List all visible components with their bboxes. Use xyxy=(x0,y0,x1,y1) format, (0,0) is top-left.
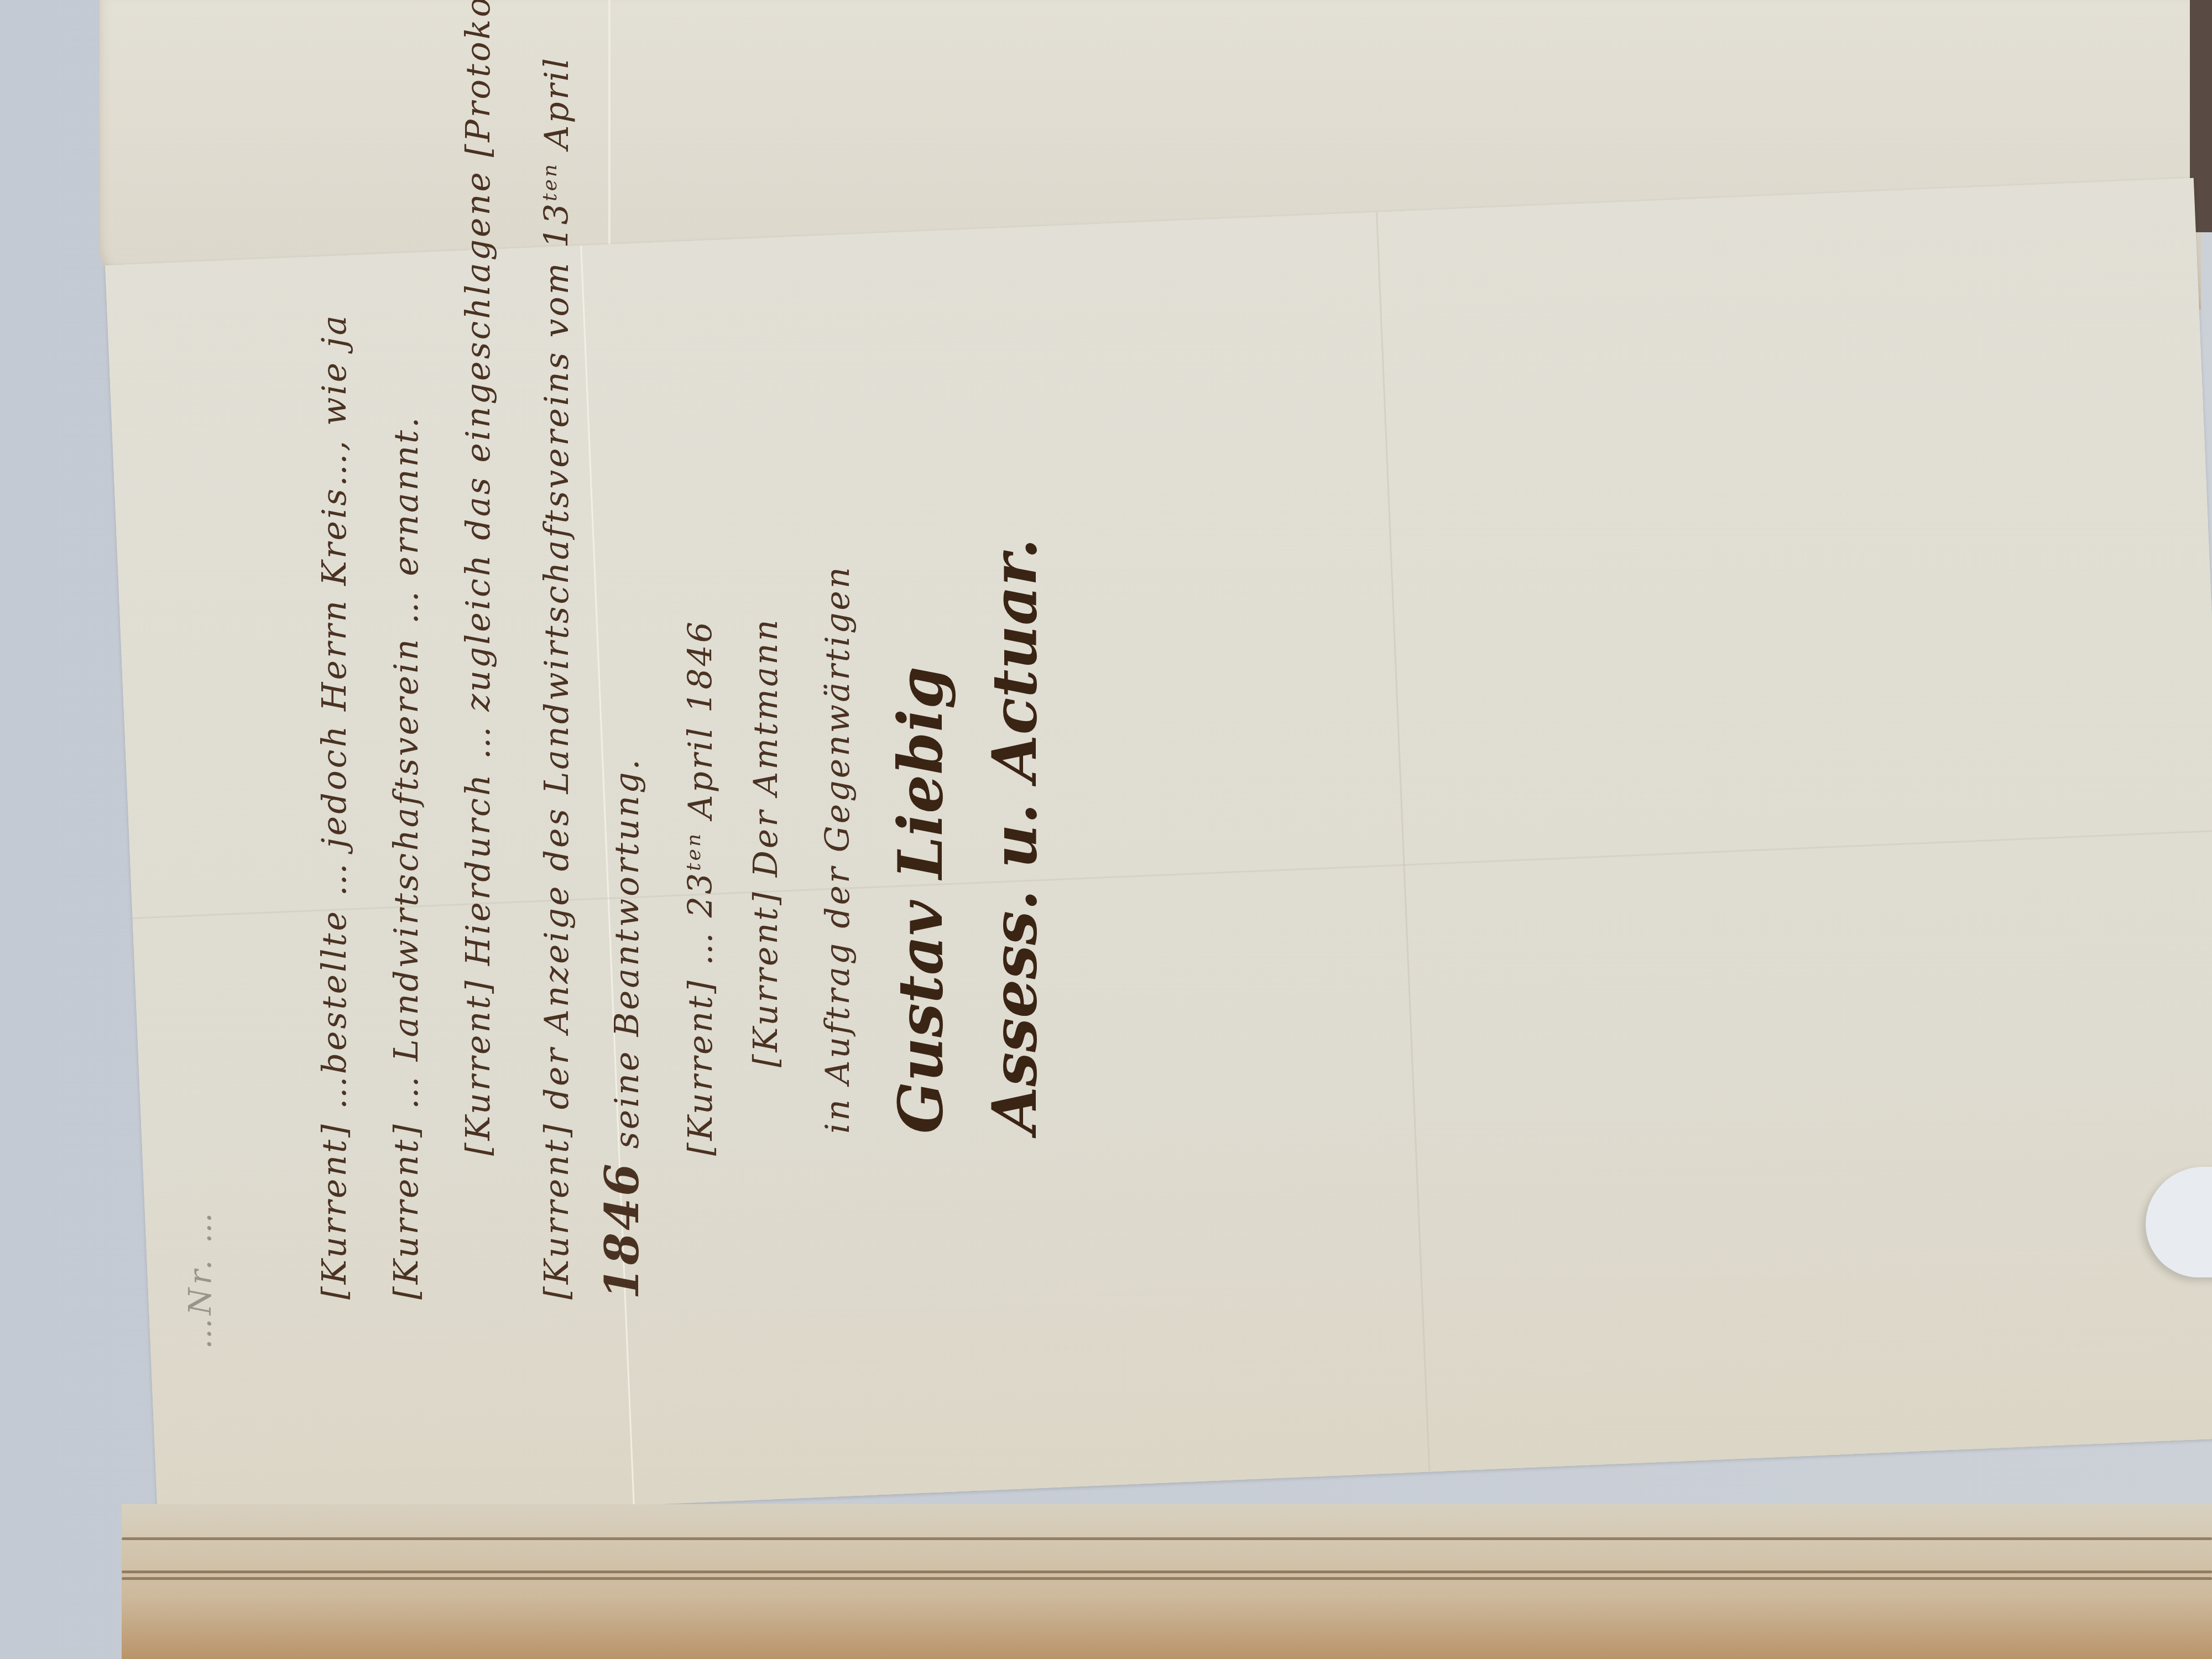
handwritten-text: [Kurrent] …bestellte … jedoch Herrn Krei… xyxy=(299,249,1062,1300)
fold-crease xyxy=(1376,212,1430,1472)
date-month: April xyxy=(681,726,720,819)
page-edge xyxy=(122,1537,2212,1540)
year: 1846 xyxy=(594,1161,649,1300)
text-line: [Kurrent] …bestellte … jedoch Herrn Krei… xyxy=(299,249,371,1300)
text-line: 1846 seine Beantwortung. xyxy=(586,249,658,1300)
text-line: [Kurrent] … Landwirtschaftsverein … erna… xyxy=(371,249,442,1300)
text-line: [Kurrent] der Anzeige des Landwirtschaft… xyxy=(514,249,586,1300)
text-line: [Kurrent] Hierdurch … zugleich das einge… xyxy=(442,249,514,1300)
signature-name: Gustav Liebig xyxy=(874,249,968,1300)
signature-title: Assess. u. Actuar. xyxy=(968,249,1062,1300)
date-day: 23 xyxy=(681,871,720,917)
pencil-annotation: …Nr. … xyxy=(182,1209,218,1349)
office-line: [Kurrent] Der Amtmann xyxy=(730,249,802,1300)
date-year: 1846 xyxy=(681,619,720,713)
dateline: [Kurrent] … 23ten April 1846 xyxy=(658,249,730,1300)
signature-prefix: in Auftrag der Gegenwärtigen xyxy=(802,249,874,1300)
page-edge xyxy=(122,1577,2212,1580)
page-edge xyxy=(122,1571,2212,1573)
page-stack xyxy=(122,1504,2212,1659)
